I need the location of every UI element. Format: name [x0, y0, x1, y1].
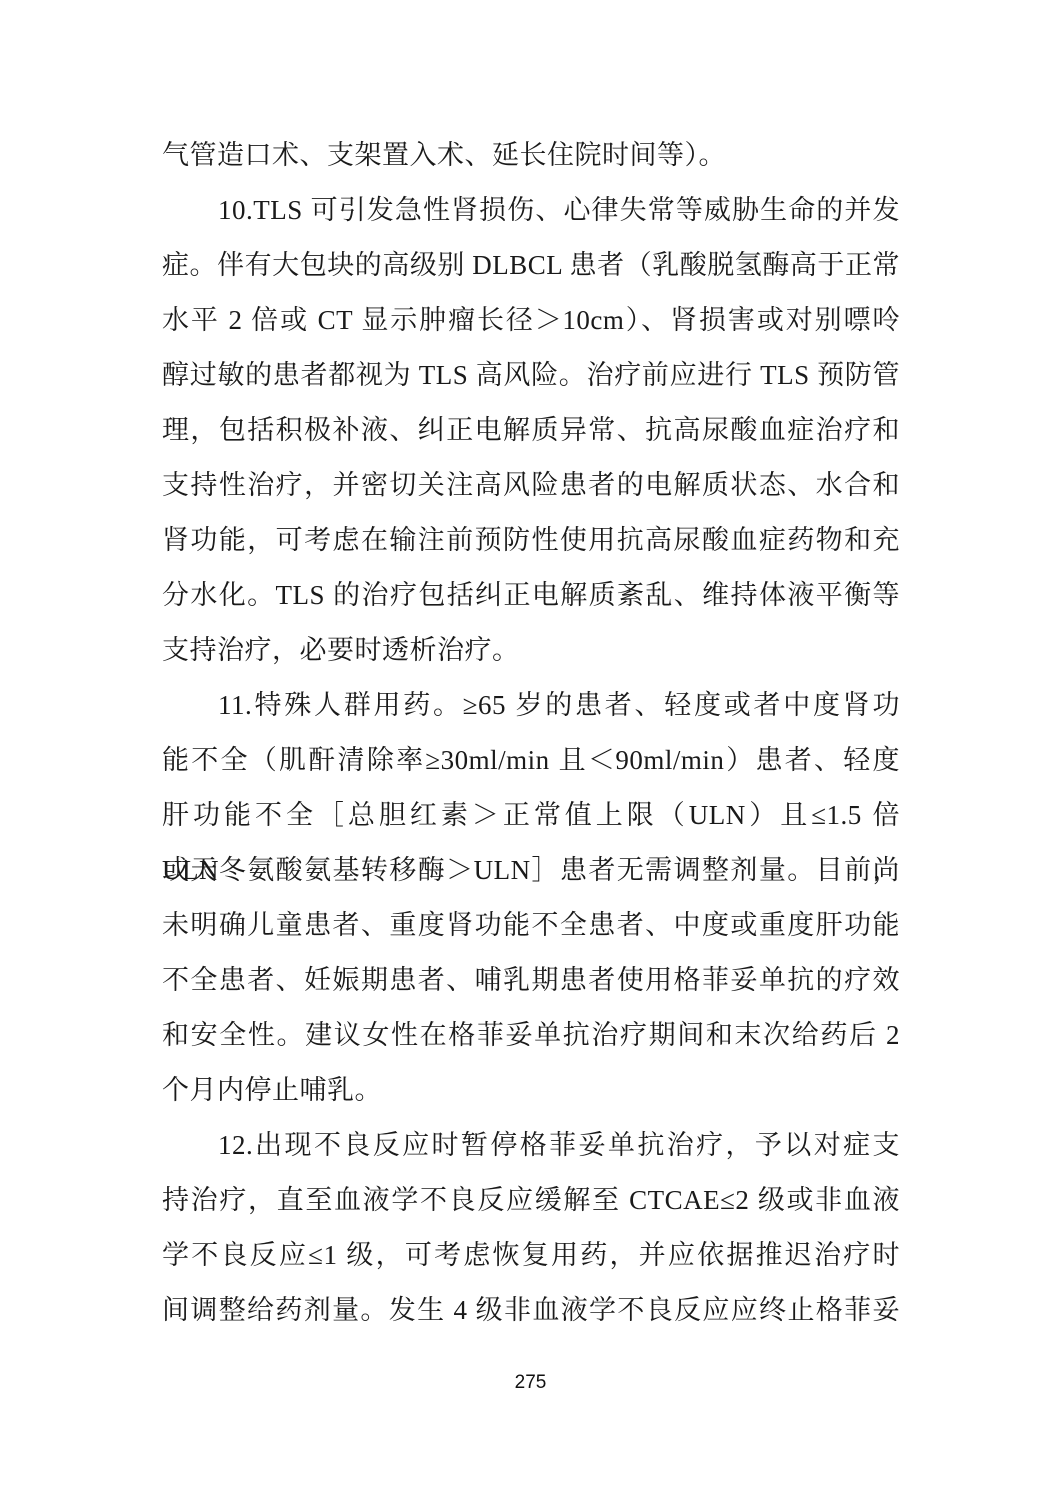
text-line: 11.特殊人群用药。≥65 岁的患者、轻度或者中度肾功	[162, 678, 900, 733]
text-line: 支持性治疗，并密切关注高风险患者的电解质状态、水合和	[162, 458, 900, 513]
text-line: 间调整给药剂量。发生 4 级非血液学不良反应应终止格菲妥	[162, 1283, 900, 1338]
text-line: 肾功能，可考虑在输注前预防性使用抗高尿酸血症药物和充	[162, 513, 900, 568]
text-line: 持治疗，直至血液学不良反应缓解至 CTCAE≤2 级或非血液	[162, 1173, 900, 1228]
text-line: 支持治疗，必要时透析治疗。	[162, 623, 900, 678]
text-line: 个月内停止哺乳。	[162, 1063, 900, 1118]
text-line: 气管造口术、支架置入术、延长住院时间等）。	[162, 128, 900, 183]
document-page: 气管造口术、支架置入术、延长住院时间等）。10.TLS 可引发急性肾损伤、心律失…	[0, 0, 1061, 1500]
text-line: 分水化。TLS 的治疗包括纠正电解质紊乱、维持体液平衡等	[162, 568, 900, 623]
text-line: 10.TLS 可引发急性肾损伤、心律失常等威胁生命的并发	[162, 183, 900, 238]
text-line: 学不良反应≤1 级，可考虑恢复用药，并应依据推迟治疗时	[162, 1228, 900, 1283]
text-line: 或天冬氨酸氨基转移酶＞ULN］患者无需调整剂量。目前尚	[162, 843, 900, 898]
text-line: 醇过敏的患者都视为 TLS 高风险。治疗前应进行 TLS 预防管	[162, 348, 900, 403]
text-line: 12.出现不良反应时暂停格菲妥单抗治疗，予以对症支	[162, 1118, 900, 1173]
text-line: 水平 2 倍或 CT 显示肿瘤长径＞10cm）、肾损害或对别嘌呤	[162, 293, 900, 348]
text-line: 和安全性。建议女性在格菲妥单抗治疗期间和末次给药后 2	[162, 1008, 900, 1063]
text-line: 理，包括积极补液、纠正电解质异常、抗高尿酸血症治疗和	[162, 403, 900, 458]
text-line: 未明确儿童患者、重度肾功能不全患者、中度或重度肝功能	[162, 898, 900, 953]
text-line: 能不全（肌酐清除率≥30ml/min 且＜90ml/min）患者、轻度	[162, 733, 900, 788]
text-line: 症。伴有大包块的高级别 DLBCL 患者（乳酸脱氢酶高于正常	[162, 238, 900, 293]
page-number: 275	[0, 1372, 1061, 1394]
text-line: 肝功能不全［总胆红素＞正常值上限（ULN）且≤1.5 倍 ULN，	[162, 788, 900, 843]
text-line: 不全患者、妊娠期患者、哺乳期患者使用格菲妥单抗的疗效	[162, 953, 900, 1008]
document-body: 气管造口术、支架置入术、延长住院时间等）。10.TLS 可引发急性肾损伤、心律失…	[162, 128, 900, 1338]
